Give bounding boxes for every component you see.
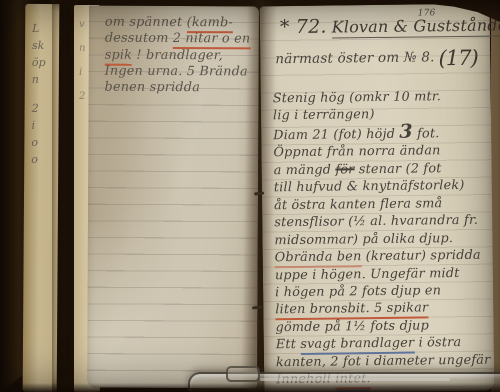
entry-title: Klovan & Guststånde xyxy=(332,15,500,38)
left-page-handwriting: om spännet (kamb- dessutom 2 nitar o en … xyxy=(105,15,251,97)
shadow xyxy=(0,383,500,392)
entry-number: * 72. xyxy=(280,16,327,39)
line-text: kanten, 2 fot i diameter ungefär xyxy=(276,352,491,370)
handwriting-line: spik ! brandlager, xyxy=(105,47,251,64)
handwriting-line: om spännet (kamb- xyxy=(105,15,251,32)
partial-glyph: i xyxy=(31,117,45,134)
partial-glyph: i xyxy=(79,61,85,85)
partial-glyph: 2 xyxy=(79,85,85,109)
handwriting-line: Diam 21 (fot) höjd 3 fot. xyxy=(273,123,488,145)
entry-heading: * 72.Klovan & Guststånde xyxy=(280,13,500,38)
partial-glyph: o xyxy=(31,151,45,168)
subheading-text: närmast öster om № 8. xyxy=(275,49,434,67)
line-text: uppe i högen. Ungefär midt xyxy=(275,266,460,283)
line-text: ! brandlager, xyxy=(132,47,223,62)
line-text: gömde på 1½ fots djup xyxy=(275,318,429,335)
line-text: dessutom xyxy=(105,31,173,46)
partial-handwriting-column: L sk öp n 2 i o o xyxy=(31,20,46,168)
right-page: 176 * 72.Klovan & Guststånde närmast öst… xyxy=(260,4,495,392)
partial-glyph: n xyxy=(32,71,46,88)
line-text: a mängd xyxy=(274,162,336,178)
partial-glyph: v xyxy=(79,13,85,37)
partial-glyph: sk xyxy=(32,37,46,54)
handwriting-line: benen spridda xyxy=(105,80,251,97)
handwriting-line: Ingen urna. 5 Brända xyxy=(105,64,251,81)
line-text: Diam 21 (fot) höjd xyxy=(273,127,399,144)
entry-subheading: närmast öster om № 8.(17) xyxy=(275,46,478,72)
circled-number: (17) xyxy=(438,46,477,70)
glass-reflection xyxy=(260,378,450,381)
line-text: midsommar) på olika djup. xyxy=(274,231,453,248)
line-text: Öppnat från norra ändan xyxy=(273,144,440,161)
partial-glyph: L xyxy=(32,20,46,37)
line-text: Ingen urna. 5 Brända xyxy=(105,64,248,80)
line-text: stensflisor (½ al. hvarandra fr. xyxy=(274,213,478,230)
line-text: Stenig hög (omkr 10 mtr. xyxy=(273,89,441,106)
line-text: om spännet xyxy=(105,15,187,30)
line-text: (kreatur) spridda xyxy=(361,248,480,264)
partial-handwriting-column: v n i 2 xyxy=(79,13,85,109)
handwriting-line: till hufvud & knytnäfstorlek) xyxy=(274,177,489,197)
partial-glyph: 2 xyxy=(32,100,46,117)
line-text: Ett xyxy=(276,337,301,352)
struck-text: för xyxy=(335,162,354,177)
right-page-handwriting: Stenig hög (omkr 10 mtr. lig i terrängen… xyxy=(273,88,491,389)
handwriting-line: dessutom 2 nitar o en xyxy=(105,31,251,48)
handwriting-line: Obrända ben (kreatur) spridda xyxy=(275,247,490,267)
glass-weight-cap xyxy=(226,366,260,382)
handwriting-line: uppe i högen. Ungefär midt xyxy=(275,264,490,284)
partial-glyph: o xyxy=(31,134,45,151)
partial-glyph: n xyxy=(79,37,85,61)
line-text: till hufvud & knytnäfstorlek) xyxy=(274,178,465,195)
handwriting-line: kanten, 2 fot i diameter ungefär xyxy=(276,351,491,371)
line-text: åt östra kanten flera små xyxy=(274,196,442,213)
line-text: lig i terrängen) xyxy=(273,107,375,123)
line-text: fot. xyxy=(413,126,440,141)
handwriting-line: stensflisor (½ al. hvarandra fr. xyxy=(274,212,489,232)
notebook-photo: L sk öp n 2 i o o v n i 2 om spännet (ka… xyxy=(0,0,500,392)
emphasized-number: 3 xyxy=(399,120,413,142)
line-text: i högen på 2 fots djup en xyxy=(275,283,441,300)
left-page: om spännet (kamb- dessutom 2 nitar o en … xyxy=(87,6,259,389)
partial-glyph: öp xyxy=(32,54,46,71)
line-text: benen spridda xyxy=(105,80,201,95)
line-text: i östra xyxy=(414,335,461,351)
line-text: stenar (2 fot xyxy=(354,161,441,177)
